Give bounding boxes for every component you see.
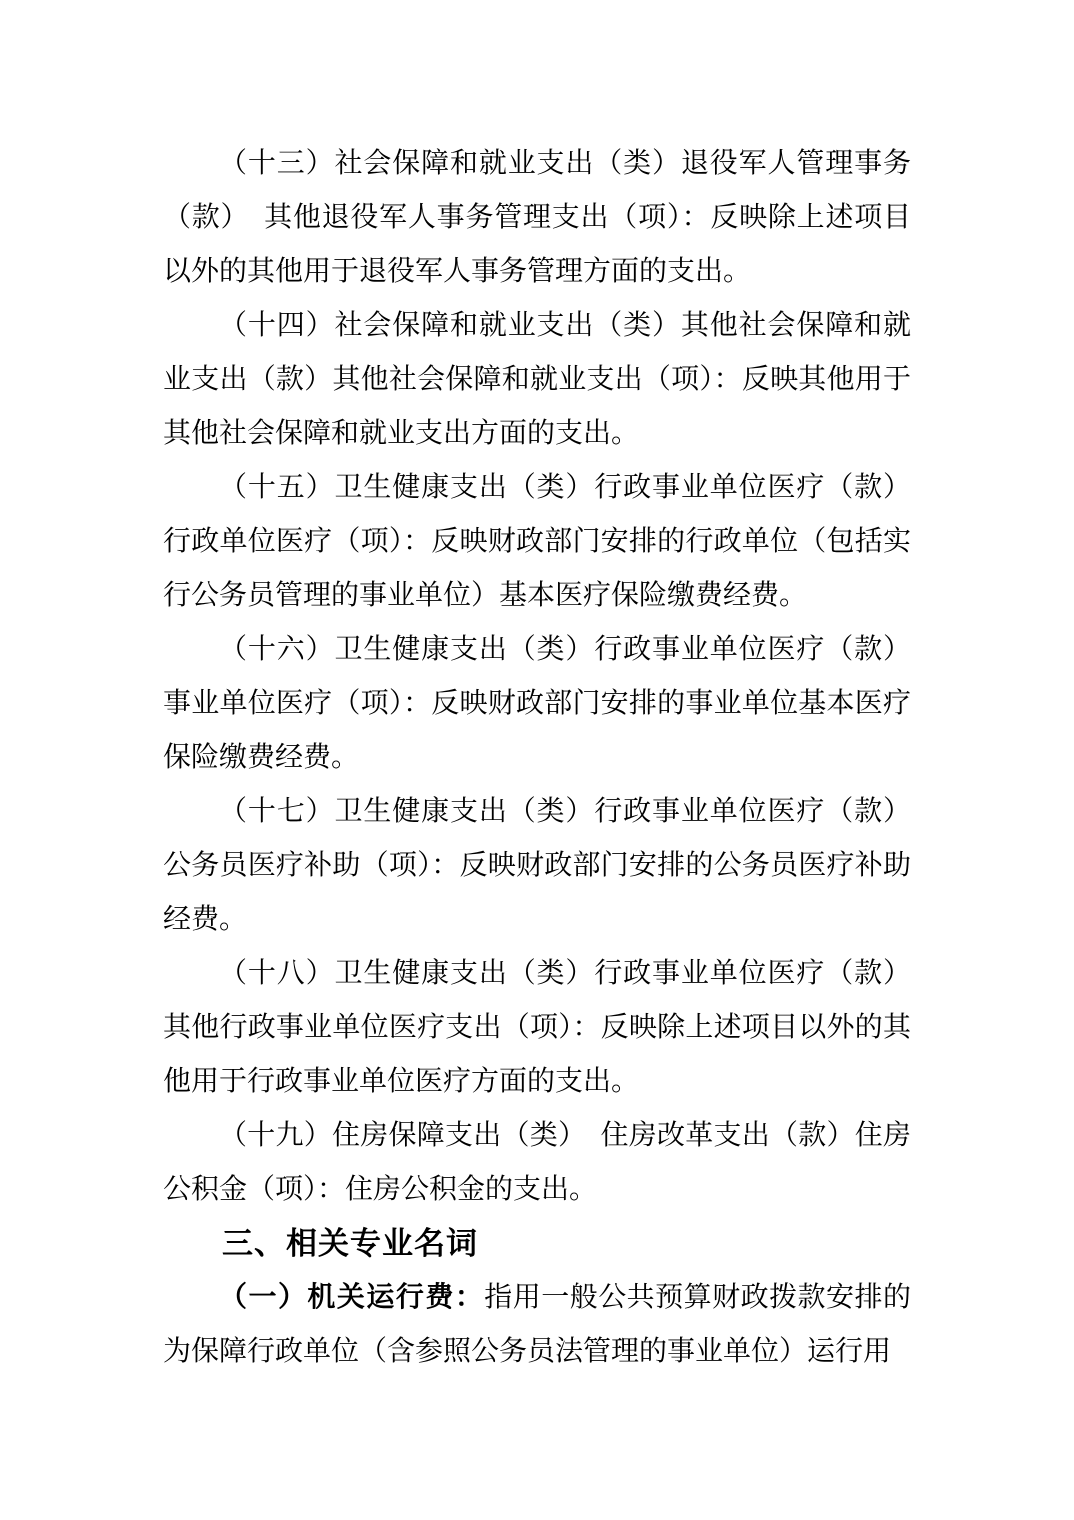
paragraph: （十五）卫生健康支出（类）行政事业单位医疗（款）行政单位医疗（项）：反映财政部门… (163, 461, 911, 623)
paragraph: （十八）卫生健康支出（类）行政事业单位医疗（款）其他行政事业单位医疗支出（项）：… (163, 947, 911, 1109)
section-heading: 三、相关专业名词 (163, 1217, 911, 1271)
definition-paragraph: （一）机关运行费：指用一般公共预算财政拨款安排的为保障行政单位（含参照公务员法管… (163, 1271, 911, 1379)
paragraph: （十九）住房保障支出（类） 住房改革支出（款）住房公积金（项）：住房公积金的支出… (163, 1109, 911, 1217)
definition-term: （一）机关运行费： (219, 1282, 484, 1313)
document-body: （十三）社会保障和就业支出（类）退役军人管理事务（款） 其他退役军人事务管理支出… (163, 137, 911, 1379)
document-page: （十三）社会保障和就业支出（类）退役军人管理事务（款） 其他退役军人事务管理支出… (0, 0, 1074, 1520)
paragraph: （十四）社会保障和就业支出（类）其他社会保障和就业支出（款）其他社会保障和就业支… (163, 299, 911, 461)
paragraph: （十六）卫生健康支出（类）行政事业单位医疗（款）事业单位医疗（项）：反映财政部门… (163, 623, 911, 785)
paragraph: （十七）卫生健康支出（类）行政事业单位医疗（款）公务员医疗补助（项）：反映财政部… (163, 785, 911, 947)
paragraph: （十三）社会保障和就业支出（类）退役军人管理事务（款） 其他退役军人事务管理支出… (163, 137, 911, 299)
